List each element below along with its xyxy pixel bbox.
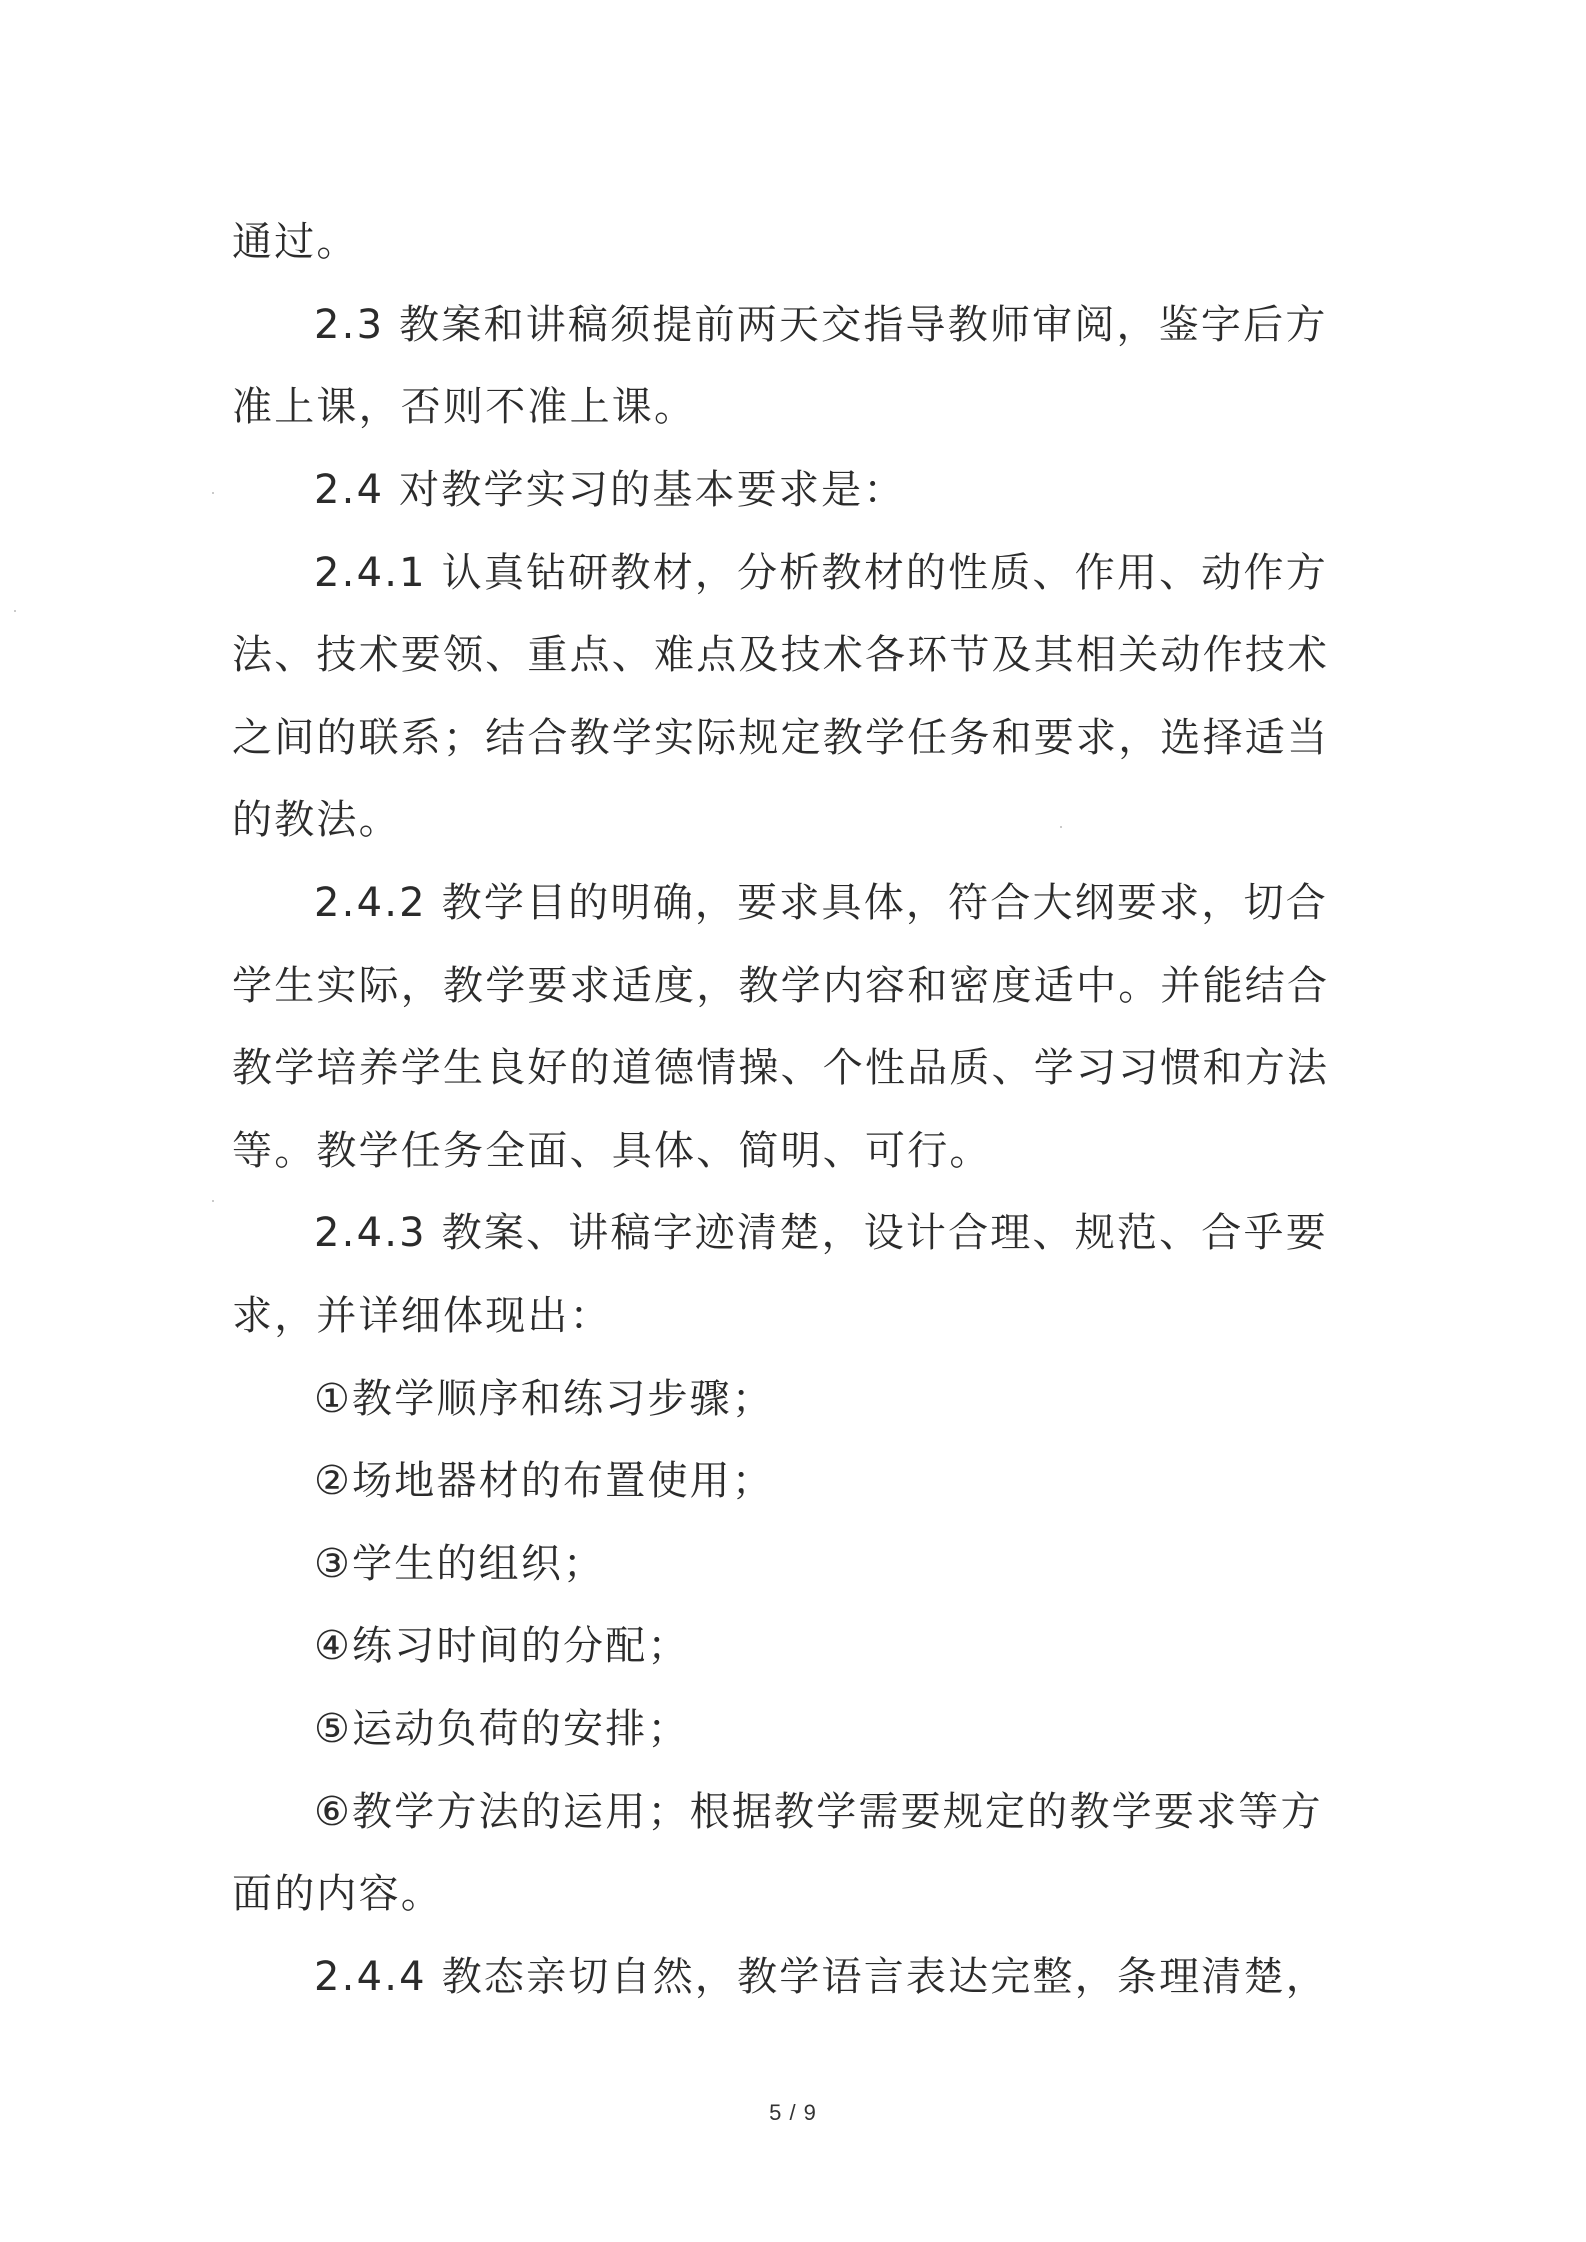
paragraph-line: 求，并详细体现出： (232, 1286, 612, 1346)
list-item-3: ③学生的组织； (314, 1534, 605, 1594)
section-2-3-line: 2.3 教案和讲稿须提前两天交指导教师审阅，鉴字后方 (314, 295, 1328, 355)
list-item-2: ②场地器材的布置使用； (314, 1451, 774, 1511)
scan-artifact (212, 492, 214, 494)
paragraph-line: 的教法。 (232, 790, 401, 850)
section-2-4-3-line: 2.4.3 教案、讲稿字迹清楚，设计合理、规范、合乎要 (314, 1203, 1328, 1263)
section-2-4-1-line: 2.4.1 认真钻研教材，分析教材的性质、作用、动作方 (314, 543, 1328, 603)
paragraph-line: 之间的联系；结合教学实际规定教学任务和要求，选择适当 (232, 708, 1329, 768)
list-item-4: ④练习时间的分配； (314, 1616, 690, 1676)
scan-artifact (212, 1200, 214, 1202)
paragraph-line: 通过。 (232, 212, 359, 272)
paragraph-line: 等。教学任务全面、具体、简明、可行。 (232, 1121, 992, 1181)
paragraph-line: 准上课，否则不准上课。 (232, 377, 696, 437)
page-number: 5 / 9 (0, 2100, 1586, 2126)
paragraph-line: 学生实际，教学要求适度，教学内容和密度适中。并能结合 (232, 956, 1329, 1016)
section-2-4-2-line: 2.4.2 教学目的明确，要求具体，符合大纲要求，切合 (314, 873, 1328, 933)
scan-artifact (1060, 826, 1062, 828)
list-item-6: ⑥教学方法的运用；根据教学需要规定的教学要求等方 (314, 1782, 1323, 1842)
section-2-4-4-line: 2.4.4 教态亲切自然，教学语言表达完整，条理清楚， (314, 1947, 1328, 2007)
scan-artifact (14, 610, 16, 612)
paragraph-line: 教学培养学生良好的道德情操、个性品质、学习习惯和方法 (232, 1038, 1329, 1098)
paragraph-line: 面的内容。 (232, 1864, 443, 1924)
section-2-4-heading: 2.4 对教学实习的基本要求是： (314, 460, 906, 520)
list-item-5: ⑤运动负荷的安排； (314, 1699, 690, 1759)
paragraph-line: 法、技术要领、重点、难点及技术各环节及其相关动作技术 (232, 625, 1329, 685)
list-item-1: ①教学顺序和练习步骤； (314, 1369, 774, 1429)
